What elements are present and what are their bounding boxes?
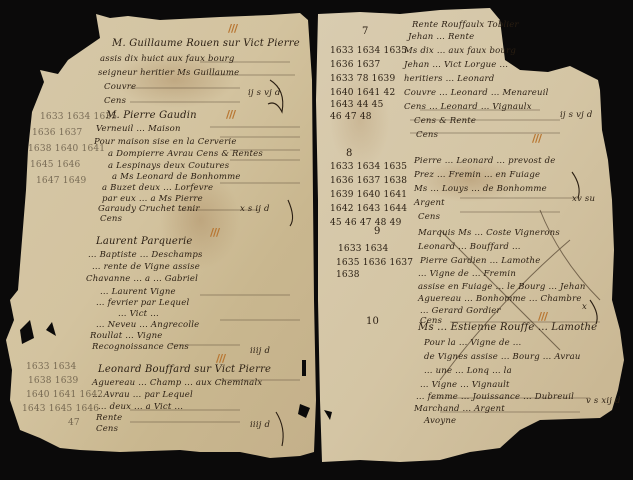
year-list: 47 <box>68 418 80 428</box>
entry-line: Roullat ... Vigne <box>90 331 162 341</box>
entry-line: Cens <box>100 214 122 224</box>
entry-line: a Buzet deux ... Lorfevre <box>102 183 213 193</box>
entry-line: ... Avrau ... par Lequel <box>92 390 193 400</box>
entry-line: ... rente de Vigne assise <box>92 262 200 272</box>
entry-line: ... Vigne de ... Fremin <box>418 269 516 279</box>
year-list: 1643 1645 1646 <box>22 404 99 414</box>
tally-mark: /// <box>210 226 219 239</box>
year-list: 1633 1634 1635 <box>330 46 407 56</box>
year-list: 1642 1643 1644 <box>330 204 407 214</box>
year-list: 1645 1646 <box>30 160 80 170</box>
entry-line: a Lespinays deux Coutures <box>108 161 229 171</box>
entry-line: ... Neveu ... Angrecolle <box>96 320 199 330</box>
entry-heading: Laurent Parquerie <box>96 236 192 247</box>
margin-note: iiij d <box>250 420 270 430</box>
tally-mark: /// <box>226 108 235 121</box>
margin-note: ij s vj d <box>248 88 281 98</box>
entry-line: Marchand ... Argent <box>414 404 505 414</box>
margin-note: v s xij d <box>586 396 621 406</box>
entry-line: ... Baptiste ... Deschamps <box>88 250 203 260</box>
entry-line: par eux ... a Ms Pierre <box>102 194 203 204</box>
entry-line: assis dix huict aux faux bourg <box>100 54 235 64</box>
year-list: 1636 1637 <box>330 60 380 70</box>
entry-line: ... deux ... a Vict ... <box>98 402 183 412</box>
entry-line: ... une ... Lonq ... la <box>424 366 512 376</box>
margin-note: x s ij d <box>240 204 270 214</box>
year-list: 1643 44 45 <box>330 100 384 110</box>
entry-line: ... fevrier par Lequel <box>96 298 189 308</box>
entry-number: 8 <box>346 148 353 159</box>
year-list: 1647 1649 <box>36 176 86 186</box>
entry-line: Cens & Rente <box>414 116 476 126</box>
entry-line: Cens <box>104 96 126 106</box>
year-list: 1633 78 1639 <box>330 74 395 84</box>
entry-line: Chavanne ... a ... Gabriel <box>86 274 198 284</box>
year-list: 1633 1634 1635 <box>330 162 407 172</box>
year-list: 1636 1637 <box>32 128 82 138</box>
entry-number: 7 <box>362 26 369 37</box>
header-note: Rente Rouffaulx Toblier <box>412 20 519 30</box>
year-list: 1638 1639 <box>28 376 78 386</box>
entry-line: Leonard ... Bouffard ... <box>418 242 521 252</box>
entry-line: Argent <box>414 198 445 208</box>
entry-line: Verneuil ... Maison <box>96 124 181 134</box>
entry-line: Rente <box>96 413 122 423</box>
entry-line: Jehan ... Rente <box>408 32 474 42</box>
entry-line: Ms ... Louys ... de Bonhomme <box>414 184 547 194</box>
year-list: 1633 1634 <box>26 362 76 372</box>
entry-heading: M. Pierre Gaudin <box>106 110 197 121</box>
year-list: 1633 1634 <box>338 244 388 254</box>
entry-line: Aguereau ... Champ ... aux Cheminalx <box>92 378 262 388</box>
entry-line: Couvre ... Leonard ... Menareuil <box>404 88 549 98</box>
entry-line: Marquis Ms ... Coste Vignerons <box>418 228 560 238</box>
entry-line: ... Gerard Gordier <box>420 306 501 316</box>
entry-line: ... femme ... Jouissance ... Dubreuil <box>416 392 574 402</box>
entry-line: Pierre Gardien ... Lamothe <box>420 256 540 266</box>
entry-line: ... Laurent Vigne <box>100 287 176 297</box>
entry-line: Cens <box>416 130 438 140</box>
year-list: 1636 1637 1638 <box>330 176 407 186</box>
year-list: 46 47 48 <box>330 112 372 122</box>
year-list: 1638 <box>336 270 360 280</box>
entry-line: Cens <box>418 212 440 222</box>
tally-mark: /// <box>228 22 237 35</box>
entry-number: 9 <box>374 226 381 237</box>
entry-line: de Vignes assise ... Bourg ... Avrau <box>424 352 581 362</box>
margin-note: ij s vj d <box>560 110 593 120</box>
entry-line: Aguereau ... Bonhomme ... Chambre <box>418 294 582 304</box>
entry-line: Cens ... Leonard ... Vignaulx <box>404 102 532 112</box>
entry-line: Cens <box>96 424 118 434</box>
entry-line: a Dompierre Avrau Cens & Rentes <box>108 149 263 159</box>
entry-line: Pour la ... Vigne de ... <box>424 338 521 348</box>
entry-heading: Ms ... Estienne Rouffe ... Lamothe <box>418 322 597 333</box>
entry-heading: M. Guillaume Rouen sur Vict Pierre <box>112 38 300 49</box>
entry-line: Pour maison sise en la Cerverie <box>94 137 237 147</box>
entry-line: Jehan ... Vict Lorgue ... <box>404 60 508 70</box>
entry-line: Recognoissance Cens <box>92 342 189 352</box>
year-list: 1640 1641 42 <box>330 88 395 98</box>
entry-number: 10 <box>366 316 379 327</box>
entry-line: Garaudy Cruchet tenir <box>98 204 200 214</box>
manuscript-photo: /// M. Guillaume Rouen sur Vict Pierre a… <box>0 0 633 480</box>
entry-line: Ms dix ... aux faux bourg <box>404 46 516 56</box>
entry-line: Avoyne <box>424 416 456 426</box>
entry-line: a Ms Leonard de Bonhomme <box>112 172 241 182</box>
entry-line: seigneur heritier Ms Guillaume <box>98 68 239 78</box>
entry-line: assise en Fuiage ... le Bourg ... Jehan <box>418 282 586 292</box>
entry-line: heritiers ... Leonard <box>404 74 494 84</box>
margin-note: x <box>582 302 587 312</box>
entry-line: Couvre <box>104 82 136 92</box>
year-list: 1639 1640 1641 <box>330 190 407 200</box>
entry-line: ... Vigne ... Vignault <box>420 380 510 390</box>
entry-heading: Leonard Bouffard sur Vict Pierre <box>98 364 271 375</box>
entry-line: Pierre ... Leonard ... prevost de <box>414 156 556 166</box>
entry-line: Prez ... Fremin ... en Fuiage <box>414 170 540 180</box>
margin-note: iiij d <box>250 346 270 356</box>
entry-line: ... Vict ... <box>118 309 159 319</box>
year-list: 1635 1636 1637 <box>336 258 413 268</box>
tally-mark: /// <box>532 132 541 145</box>
year-list: 45 46 47 48 49 <box>330 218 402 228</box>
margin-note: xv su <box>572 194 595 204</box>
